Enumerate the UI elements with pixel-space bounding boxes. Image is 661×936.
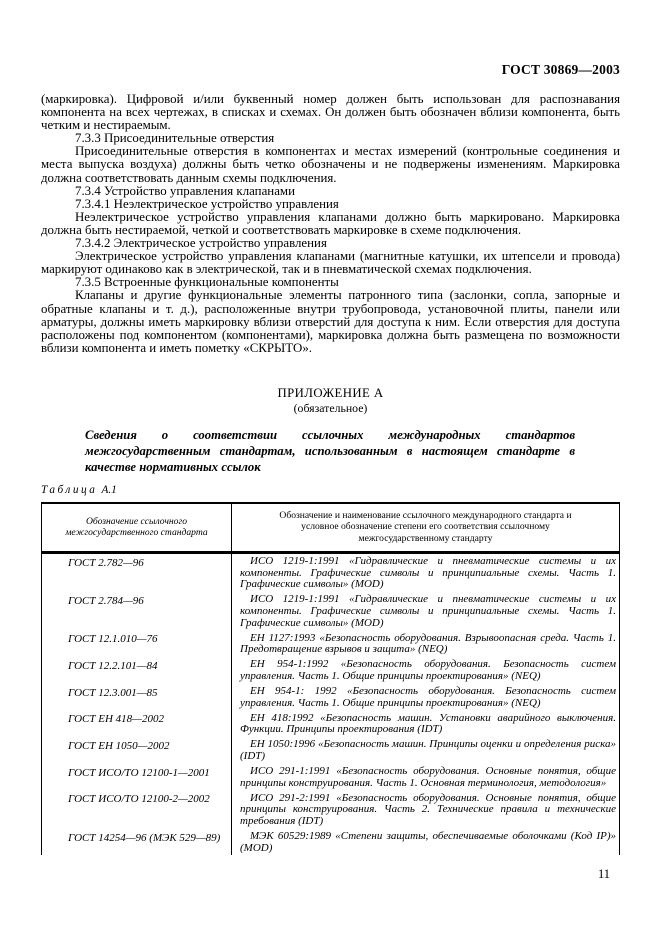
intl-cell-text: ЕН 954-1: 1992 «Безопасность оборудовани… [240, 686, 616, 709]
intl-cell: МЭК 60529:1989 «Степени защиты, обеспечи… [232, 829, 620, 856]
intl-cell-text: ИСО 1219-1:1991 «Гидравлические и пневма… [240, 556, 616, 591]
paragraph: (маркировка). Цифровой и/или буквенный н… [41, 93, 620, 132]
intl-cell: ЕН 954-1: 1992 «Безопасность оборудовани… [232, 684, 620, 711]
gost-cell: ГОСТ 12.1.010—76 [42, 630, 232, 657]
intl-cell-text: ИСО 291-2:1991 «Безопасность оборудовани… [240, 793, 616, 828]
intl-cell-text: ЕН 418:1992 «Безопасность машин. Установ… [240, 713, 616, 736]
gost-cell: ГОСТ 2.784—96 [42, 592, 232, 630]
intl-cell: ИСО 291-2:1991 «Безопасность оборудовани… [232, 790, 620, 828]
table-row: ГОСТ 12.2.101—84 ЕН 954-1:1992 «Безопасн… [42, 657, 620, 684]
table-caption-word: Таблица [41, 484, 97, 496]
table-row: ГОСТ 2.782—96 ИСО 1219-1:1991 «Гидравлич… [42, 552, 620, 592]
table-header-row: Обозначение ссылочного межгосударственно… [42, 503, 620, 552]
table-row: ГОСТ 2.784—96 ИСО 1219-1:1991 «Гидравлич… [42, 592, 620, 630]
gost-cell: ГОСТ ЕН 418—2002 [42, 710, 232, 737]
section-heading-7-3-4-1: 7.3.4.1 Неэлектрическое устройство управ… [41, 198, 620, 211]
appendix-heading: ПРИЛОЖЕНИЕ А (обязательное) [41, 386, 620, 415]
intl-cell: ЕН 1127:1993 «Безопасность оборудования.… [232, 630, 620, 657]
intl-cell-text: МЭК 60529:1989 «Степени защиты, обеспечи… [240, 831, 616, 854]
table-row: ГОСТ 14254—96 (МЭК 529—89) МЭК 60529:198… [42, 829, 620, 856]
gost-cell: ГОСТ ИСО/ТО 12100-2—2002 [42, 790, 232, 828]
table-row: ГОСТ 12.1.010—76 ЕН 1127:1993 «Безопасно… [42, 630, 620, 657]
table-caption: ТаблицаА.1 [41, 484, 620, 497]
section-heading-7-3-4: 7.3.4 Устройство управления клапанами [41, 185, 620, 198]
table-caption-number: А.1 [101, 484, 116, 496]
gost-cell: ГОСТ ИСО/ТО 12100-1—2001 [42, 764, 232, 791]
column-header-gost: Обозначение ссылочного межгосударственно… [42, 503, 232, 552]
intl-cell-text: ЕН 1050:1996 «Безопасность машин. Принци… [240, 739, 616, 762]
page-number: 11 [41, 867, 610, 882]
standards-correspondence-table: Обозначение ссылочного межгосударственно… [41, 502, 620, 855]
intl-cell: ЕН 418:1992 «Безопасность машин. Установ… [232, 710, 620, 737]
table-row: ГОСТ ИСО/ТО 12100-1—2001 ИСО 291-1:1991 … [42, 764, 620, 791]
table-row: ГОСТ ИСО/ТО 12100-2—2002 ИСО 291-2:1991 … [42, 790, 620, 828]
gost-cell: ГОСТ 12.3.001—85 [42, 684, 232, 711]
document-page: ГОСТ 30869—2003 (маркировка). Цифровой и… [0, 0, 661, 936]
intl-cell: ИСО 1219-1:1991 «Гидравлические и пневма… [232, 592, 620, 630]
gost-cell: ГОСТ 14254—96 (МЭК 529—89) [42, 829, 232, 856]
page-header-standard-number: ГОСТ 30869—2003 [41, 62, 620, 78]
intl-cell-text: ИСО 291-1:1991 «Безопасность оборудовани… [240, 766, 616, 789]
body-text: (маркировка). Цифровой и/или буквенный н… [41, 93, 620, 355]
intl-cell: ЕН 1050:1996 «Безопасность машин. Принци… [232, 737, 620, 764]
gost-cell: ГОСТ ЕН 1050—2002 [42, 737, 232, 764]
appendix-title: ПРИЛОЖЕНИЕ А [41, 386, 620, 401]
table-row: ГОСТ ЕН 1050—2002 ЕН 1050:1996 «Безопасн… [42, 737, 620, 764]
intl-cell-text: ЕН 954-1:1992 «Безопасность оборудования… [240, 659, 616, 682]
paragraph: Клапаны и другие функциональные элементы… [41, 289, 620, 354]
intl-cell: ИСО 1219-1:1991 «Гидравлические и пневма… [232, 552, 620, 592]
paragraph: Электрическое устройство управления клап… [41, 250, 620, 276]
paragraph: Присоединительные отверстия в компонента… [41, 145, 620, 184]
intl-cell-text: ЕН 1127:1993 «Безопасность оборудования.… [240, 633, 616, 656]
table-row: ГОСТ ЕН 418—2002 ЕН 418:1992 «Безопаснос… [42, 710, 620, 737]
intl-cell: ЕН 954-1:1992 «Безопасность оборудования… [232, 657, 620, 684]
intl-cell-text: ИСО 1219-1:1991 «Гидравлические и пневма… [240, 594, 616, 629]
paragraph: Неэлектрическое устройство управления кл… [41, 211, 620, 237]
gost-cell: ГОСТ 2.782—96 [42, 552, 232, 592]
table-row: ГОСТ 12.3.001—85 ЕН 954-1: 1992 «Безопас… [42, 684, 620, 711]
column-header-international: Обозначение и наименование ссылочного ме… [232, 503, 620, 552]
appendix-subtitle: (обязательное) [41, 401, 620, 415]
intl-cell: ИСО 291-1:1991 «Безопасность оборудовани… [232, 764, 620, 791]
gost-cell: ГОСТ 12.2.101—84 [42, 657, 232, 684]
appendix-description: Сведения о соответствии ссылочных междун… [85, 427, 575, 475]
